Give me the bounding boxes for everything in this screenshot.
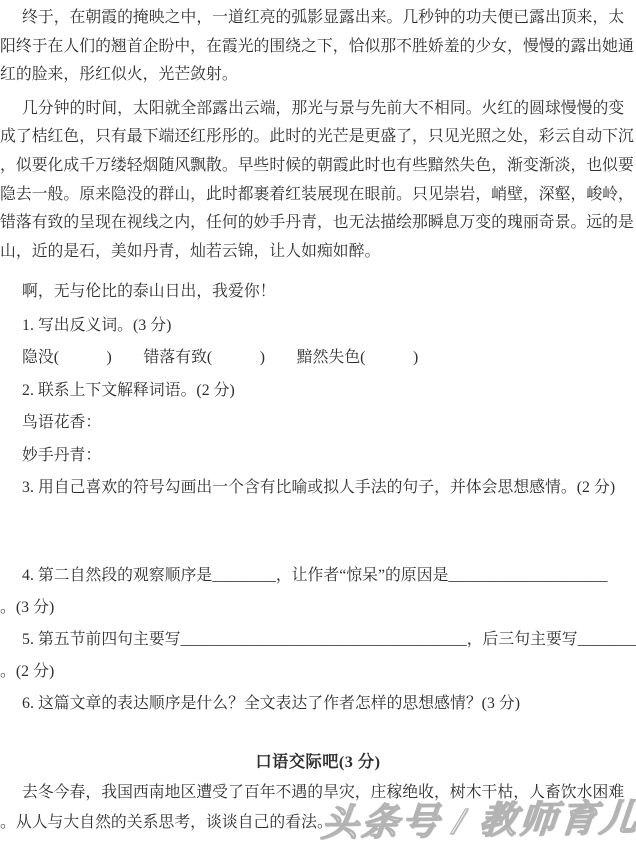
reading-passage: 终于，在朝霞的掩映之中，一道红亮的弧影显露出来。几秒钟的功夫便已露出顶来，太 阳… (0, 0, 636, 307)
question-2-item-1: 鸟语花香： (0, 407, 636, 439)
passage-line: 红的脸来，彤红似火，光芒敛射。 (0, 61, 636, 90)
passage-line: 阳终于在人们的翘首企盼中，在霞光的围绕之下，恰似那不胜娇羞的少女，慢慢的露出她通 (0, 33, 636, 62)
passage-line: 错落有致的呈现在视线之内，任何的妙手丹青，也无法描绘那瞬息万变的瑰丽奇景。远的是 (0, 209, 636, 238)
worksheet-page: 终于，在朝霞的掩映之中，一道红亮的弧影显露出来。几秒钟的功夫便已露出顶来，太 阳… (0, 0, 636, 842)
question-2-label: 2. 联系上下文解释词语。(2 分) (0, 375, 636, 407)
questions-section: 1. 写出反义词。(3 分) 隐没( ) 错落有致( ) 黯然失色( ) 2. … (0, 310, 636, 720)
question-5-line-2: 。(2 分) (0, 656, 636, 688)
passage-line: 山，近的是石，美如丹青，灿若云锦，让人如痴如醉。 (0, 238, 636, 267)
passage-line: 终于，在朝霞的掩映之中，一道红亮的弧影显露出来。几秒钟的功夫便已露出顶来，太 (0, 4, 636, 33)
question-5-line-1: 5. 第五节前四句主要写____________________________… (0, 624, 636, 656)
passage-line: 成了桔红色，只有最下端还红彤彤的。此时的光芒是更盛了，只见光照之处，彩云自动下沉 (0, 123, 636, 152)
passage-exclamation-line: 啊，无与伦比的泰山日出，我爱你！ (0, 278, 636, 307)
passage-line: 几分钟的时间，太阳就全部露出云端，那光与景与先前大不相同。火红的圆球慢慢的变 (0, 95, 636, 124)
question-3-label: 3. 用自己喜欢的符号勾画出一个含有比喻或拟人手法的句子，并体会思想感情。(2 … (0, 472, 636, 504)
question-2-item-2: 妙手丹青： (0, 440, 636, 472)
question-4-line-2: 。(3 分) (0, 592, 636, 624)
passage-line: ，似要化成千万缕轻烟随风飘散。早些时候的朝霞此时也有些黯然失色，渐变渐淡，也似要 (0, 152, 636, 181)
passage-line: 隐去一般。原来隐没的群山，此时都裹着红装展现在眼前。只见崇岩，峭壁，深壑，峻岭， (0, 181, 636, 210)
question-6-label: 6. 这篇文章的表达顺序是什么？全文表达了作者怎样的思想感情？(3 分) (0, 688, 636, 720)
oral-section-line: 去冬今春，我国西南地区遭受了百年不遇的旱灾，庄稼绝收，树木干枯，人畜饮水困难 (0, 778, 636, 808)
oral-section-line: 。从人与大自然的关系思考，谈谈自己的看法。 (0, 808, 636, 838)
question-4-line-1: 4. 第二自然段的观察顺序是________，让作者“惊呆”的原因是______… (0, 560, 636, 592)
oral-communication-section: 口语交际吧(3 分) 去冬今春，我国西南地区遭受了百年不遇的旱灾，庄稼绝收，树木… (0, 746, 636, 838)
question-1-answer-row: 隐没( ) 错落有致( ) 黯然失色( ) (0, 342, 636, 374)
question-1-label: 1. 写出反义词。(3 分) (0, 310, 636, 342)
oral-section-heading: 口语交际吧(3 分) (0, 746, 636, 778)
